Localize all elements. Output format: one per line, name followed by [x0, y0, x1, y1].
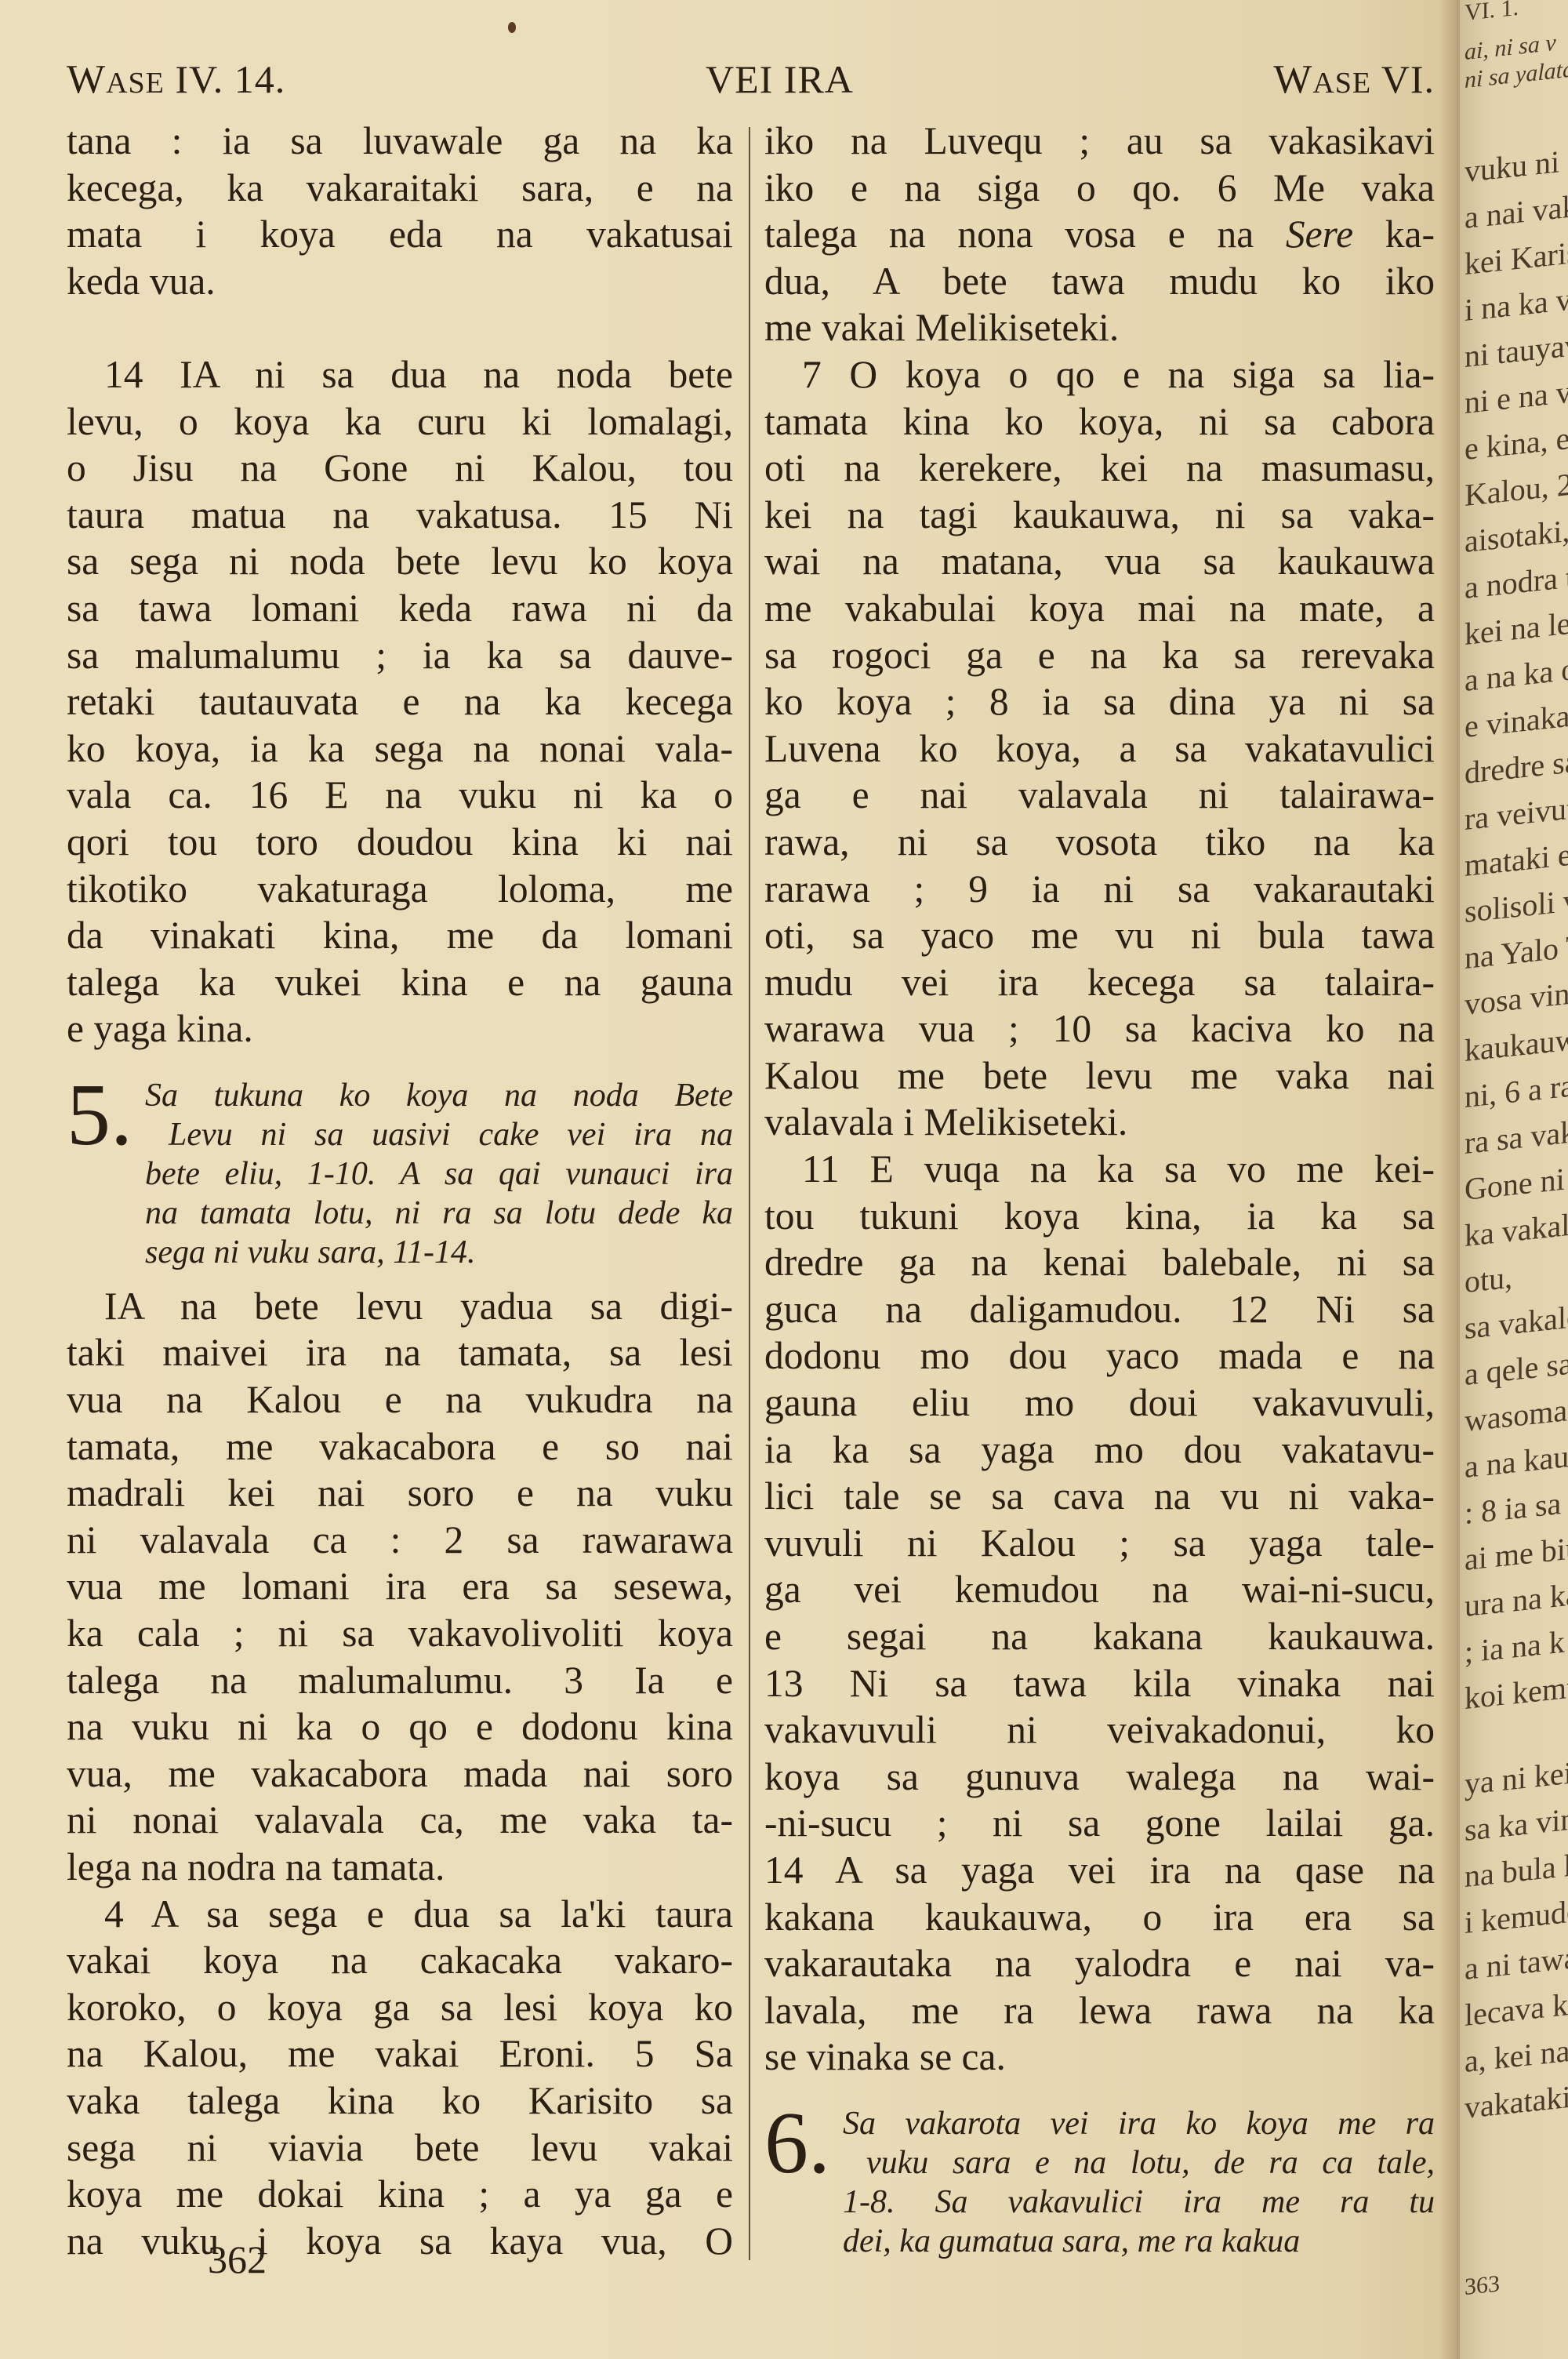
text-line: dua, A bete tawa mudu ko iko: [764, 258, 1435, 305]
text-line: Kalou me bete levu me vaka nai: [764, 1052, 1435, 1100]
text-line: levu, o koya ka curu ki lomalagi,: [67, 398, 733, 445]
text-line: e segai na kakana kaukauwa.: [764, 1613, 1435, 1660]
next-page-line: sa ka vinak: [1465, 1797, 1568, 1848]
text-line: rarawa ; 9 ia ni sa vakarautaki: [764, 866, 1435, 913]
next-page-line: ni e na vul: [1465, 370, 1568, 421]
page-number: 362: [208, 2237, 267, 2282]
text-line: vala ca. 16 E na vuku ni ka o: [67, 772, 733, 819]
paragraph-continuation: iko na Luvequ ; au sa vakasikaviiko e na…: [764, 118, 1435, 351]
text-line: madrali kei nai soro e na vuku: [67, 1470, 733, 1517]
next-page-line: ra veivut: [1465, 789, 1568, 838]
text-line: bete eliu, 1-10. A sa qai vunauci ira: [67, 1154, 733, 1194]
running-header: WASE IV. 14. VEI IRA WASE VI.: [67, 56, 1435, 104]
text-line: kecega, ka vakaraitaki sara, e na: [67, 165, 733, 212]
text-line: gauna eliu mo doui vakavuvuli,: [764, 1379, 1435, 1427]
text-line: 11 E vuqa na ka sa vo me kei-: [764, 1146, 1435, 1193]
text-line: sa rogoci ga e na ka sa rerevaka: [764, 632, 1435, 679]
header-right-reference: WASE VI.: [1273, 56, 1435, 103]
next-page-line: wasoma ki: [1465, 1388, 1568, 1439]
chapter-number: 5.: [67, 1076, 132, 1154]
next-page-line: a ni tawa do: [1465, 1935, 1568, 1987]
text-line: vuvuli ni Kalou ; sa yaga tale-: [764, 1520, 1435, 1567]
text-line: keda vua.: [67, 258, 733, 305]
next-page-line: i na ka vak: [1465, 278, 1568, 329]
next-page-line: Kalou, 2 ai: [1465, 462, 1568, 514]
next-page-line: lecava kin: [1465, 1983, 1568, 2034]
paragraph-verse-4: 4 A sa sega e dua sa la'ki tauravakai ko…: [67, 1891, 733, 2265]
text-line: ga vei kemudou na wai-ni-sucu,: [764, 1566, 1435, 1613]
text-line: na vuku ni ka o qo e dodonu kina: [67, 1703, 733, 1750]
next-page-line: vuku ni I: [1465, 141, 1568, 190]
text-line: iko e na siga o qo. 6 Me vaka: [764, 165, 1435, 212]
next-page-line: mataki eli: [1465, 834, 1568, 884]
text-line: se vinaka se ca.: [764, 2034, 1435, 2081]
text-line: tamata kina ko koya, ni sa cabora: [764, 398, 1435, 445]
paragraph-intro: tana : ia sa luvawale ga na kakecega, ka…: [67, 118, 733, 304]
next-page-line: kaukauwa: [1465, 1019, 1568, 1069]
next-page-line: vosa vin: [1465, 975, 1568, 1023]
next-page-line: a nai vakat: [1465, 185, 1568, 236]
text-line: da vinakati kina, me da lomani: [67, 912, 733, 959]
right-column: iko na Luvequ ; au sa vakasikaviiko e na…: [764, 118, 1435, 2261]
text-line: na vuku i koya sa kaya vua, O: [67, 2218, 733, 2265]
text-line: sa tawa lomani keda rawa ni da: [67, 585, 733, 632]
chapter-5-summary: 5. Sa tukuna ko koya na noda BeteLevu ni…: [67, 1076, 733, 1272]
text-line: vua me lomani ira era sa sesewa,: [67, 1563, 733, 1610]
paragraph-chapter-5: IA na bete levu yadua sa digi-taki maive…: [67, 1283, 733, 1891]
text-line: tou tukuni koya kina, ia ka sa: [764, 1193, 1435, 1240]
text-line: Sa tukuna ko koya na noda Bete: [67, 1076, 733, 1115]
next-page-line: ya ni keitou: [1465, 1750, 1568, 1802]
text-line: koya me dokai kina ; a ya ga e: [67, 2171, 733, 2218]
text-line: 1-8. Sa vakavulici ira me ra tu: [764, 2183, 1435, 2222]
next-page-line: ka vakali: [1465, 1205, 1568, 1254]
next-page-line: 363: [1465, 2270, 1500, 2301]
next-page-fragment: VI. 1.ai, ni sa vni sa yalatakvuku ni Ia…: [1460, 0, 1568, 2359]
next-page-line: VI. 1.: [1465, 0, 1519, 27]
text-line: me vakabulai koya mai na mate, a: [764, 585, 1435, 632]
text-line: koya sa gunuva walega na wai-: [764, 1754, 1435, 1801]
text-line: tamata, me vakacabora e so nai: [67, 1423, 733, 1470]
text-line: vakavuvuli ni veivakadonui, ko: [764, 1707, 1435, 1754]
text-line: na tamata lotu, ni ra sa lotu dede ka: [67, 1194, 733, 1233]
text-line: dredre ga na kenai balebale, ni sa: [764, 1239, 1435, 1286]
next-page-line: otu,: [1465, 1259, 1512, 1300]
text-line: taura matua na vakatusa. 15 Ni: [67, 492, 733, 539]
text-line: lega na nodra na tamata.: [67, 1844, 733, 1891]
text-line: vuku sara e na lotu, de ra ca tale,: [764, 2143, 1435, 2183]
text-line: sega ni viavia bete levu vakai: [67, 2125, 733, 2172]
text-line: tana : ia sa luvawale ga na ka: [67, 118, 733, 165]
next-page-line: ni, 6 a ra: [1465, 1067, 1568, 1115]
text-line: mata i koya eda na vakatusai: [67, 211, 733, 258]
text-line: ko koya, ia ka sega na nonai vala-: [67, 725, 733, 772]
next-page-line: Gone ni Ka: [1465, 1156, 1568, 1208]
text-line: vakarautaka na yalodra e nai va-: [764, 1940, 1435, 1987]
next-page-line: a na ka o qo: [1465, 646, 1568, 699]
text-line: o Jisu na Gone ni Kalou, tou: [67, 445, 733, 492]
text-line: sa sega ni noda bete levu ko koya: [67, 538, 733, 585]
next-page-line: a qele sa g: [1465, 1342, 1568, 1393]
text-line: vaka talega kina ko Karisito sa: [67, 2077, 733, 2125]
text-line: 4 A sa sega e dua sa la'ki taura: [67, 1891, 733, 1938]
next-page-line: e vinaka V: [1465, 694, 1568, 745]
next-page-line: ni tauyavut: [1465, 323, 1568, 375]
text-line: oti, sa yaco me vu ni bula tawa: [764, 912, 1435, 959]
left-column: tana : ia sa luvawale ga na kakecega, ka…: [67, 118, 733, 2264]
next-page-line: sa vakalou: [1465, 1296, 1568, 1347]
next-page-line: ra sa vak: [1465, 1113, 1568, 1161]
text-line: mudu vei ira kecega sa talaira-: [764, 959, 1435, 1006]
text-line: koroko, o koya ga sa lesi koya ko: [67, 1984, 733, 2031]
text-line: Sa vakarota vei ira ko koya me ra: [764, 2104, 1435, 2143]
text-line: sega ni vuku sara, 11-14.: [67, 1233, 733, 1272]
chapter-6-summary: 6. Sa vakarota vei ira ko koya me ravuku…: [764, 2104, 1435, 2261]
header-title: VEI IRA: [706, 56, 854, 102]
text-line: vua, me vakacabora mada nai soro: [67, 1750, 733, 1797]
paragraph-verse-14: 14 IA ni sa dua na noda betelevu, o koya…: [67, 351, 733, 1052]
text-line: IA na bete levu yadua sa digi-: [67, 1283, 733, 1330]
next-page-line: e kina, e na: [1465, 416, 1568, 467]
text-line: wai na matana, vua sa kaukauwa: [764, 538, 1435, 585]
text-line: guca na daligamudou. 12 Ni sa: [764, 1286, 1435, 1333]
next-page-line: i kemudou: [1465, 1890, 1568, 1941]
text-line: Levu ni sa uasivi cake vei ira na: [67, 1115, 733, 1154]
text-line: ia ka sa yaga mo dou vakatavu-: [764, 1427, 1435, 1474]
text-line: retaki tautauvata e na ka kecega: [67, 678, 733, 725]
text-line: ni nonai valavala ca, me vaka ta-: [67, 1797, 733, 1844]
next-page-line: ai me biu: [1465, 1528, 1568, 1578]
header-left-reference: WASE IV. 14.: [67, 56, 285, 103]
text-line: vakai koya na cakacaka vakaro-: [67, 1937, 733, 1984]
book-page: WASE IV. 14. VEI IRA WASE VI. tana : ia …: [0, 0, 1458, 2359]
next-page-line: kei na lew: [1465, 602, 1568, 652]
text-line: me vakai Melikiseteki.: [764, 304, 1435, 351]
text-line: ga e nai valavala ni talairawa-: [764, 772, 1435, 819]
next-page-line: a nodra tu c: [1465, 554, 1568, 606]
text-line: vua na Kalou e na vukudra na: [67, 1376, 733, 1423]
text-line: qori tou toro doudou kina ki nai: [67, 819, 733, 866]
text-line: valavala i Melikiseteki.: [764, 1099, 1435, 1146]
next-page-line: a na kau s: [1465, 1435, 1568, 1485]
text-line: -ni-sucu ; ni sa gone lailai ga.: [764, 1800, 1435, 1847]
text-line: kakana kaukauwa, o ira era sa: [764, 1894, 1435, 1941]
next-page-line: : 8 ia sa ta: [1465, 1481, 1568, 1532]
next-page-line: a, kei nai v: [1465, 2029, 1568, 2080]
text-line: talega na malumalumu. 3 Ia e: [67, 1657, 733, 1704]
text-line: rawa, ni sa vosota tiko na ka: [764, 819, 1435, 866]
text-line: 7 O koya o qo e na siga sa lia-: [764, 351, 1435, 398]
next-page-line: solisoli va: [1465, 880, 1568, 930]
chapter-number: 6.: [764, 2104, 830, 2183]
text-line: Luvena ko koya, a sa vakatavulici: [764, 725, 1435, 772]
next-page-line: dredre sara: [1465, 740, 1568, 791]
text-line: na Kalou, me vakai Eroni. 5 Sa: [67, 2030, 733, 2077]
text-line: tikotiko vakaturaga loloma, me: [67, 866, 733, 913]
paragraph-verse-7: 7 O koya o qo e na siga sa lia-tamata ki…: [764, 351, 1435, 1146]
text-line: sa malumalumu ; ia ka sa dauve-: [67, 632, 733, 679]
next-page-line: na Yalo T: [1465, 927, 1568, 976]
next-page-line: na bula kin: [1465, 1843, 1568, 1895]
text-line: talega na nona vosa e na Sere ka-: [764, 211, 1435, 258]
gutter-shadow: [1439, 0, 1462, 2359]
next-page-line: aisotaki, ke: [1465, 508, 1568, 560]
paragraph-verse-11: 11 E vuqa na ka sa vo me kei-tou tukuni …: [764, 1146, 1435, 2081]
text-line: iko na Luvequ ; au sa vakasikavi: [764, 118, 1435, 165]
next-page-line: koi kemudo: [1465, 1664, 1568, 1717]
column-divider: [749, 127, 750, 2260]
text-line: dei, ka gumatua sara, me ra kakua: [764, 2222, 1435, 2261]
text-line: warawa vua ; 10 sa kaciva ko na: [764, 1005, 1435, 1052]
text-line: e yaga kina.: [67, 1005, 733, 1052]
text-line: ko koya ; 8 ia sa dina ya ni sa: [764, 678, 1435, 725]
next-page-line: vakatakila: [1465, 2076, 1568, 2126]
text-line: 14 A sa yaga vei ira na qase na: [764, 1847, 1435, 1894]
text-line: kei na tagi kaukauwa, ni sa vaka-: [764, 492, 1435, 539]
text-line: lavala, me ra lewa rawa na ka: [764, 1987, 1435, 2034]
text-line: lici tale se sa cava na vu ni vaka-: [764, 1473, 1435, 1520]
text-line: talega ka vukei kina e na gauna: [67, 959, 733, 1006]
text-line: taki maivei ira na tamata, sa lesi: [67, 1329, 733, 1376]
text-line: ni valavala ca : 2 sa rawarawa: [67, 1517, 733, 1564]
ink-spot: [508, 22, 516, 33]
next-page-line: ; ia na k: [1465, 1623, 1565, 1670]
text-line: 14 IA ni sa dua na noda bete: [67, 351, 733, 398]
text-line: 13 Ni sa tawa kila vinaka nai: [764, 1660, 1435, 1707]
text-line: oti na kerekere, kei na masumasu,: [764, 445, 1435, 492]
text-line: dodonu mo dou yaco mada e na: [764, 1332, 1435, 1379]
next-page-line: kei Karisit: [1465, 231, 1568, 282]
text-line: ka cala ; ni sa vakavolivoliti koya: [67, 1610, 733, 1657]
next-page-line: ura na kau: [1465, 1573, 1568, 1624]
